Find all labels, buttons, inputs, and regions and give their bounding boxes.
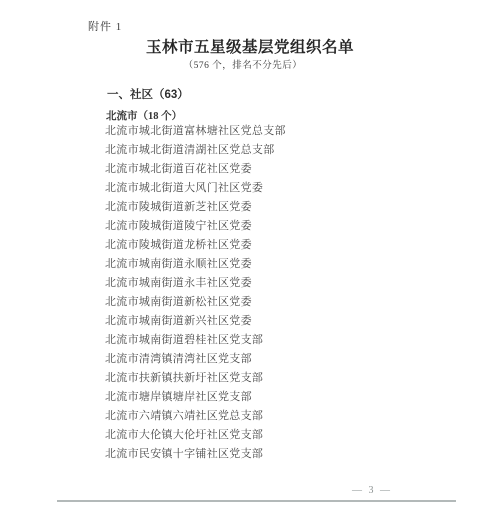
list-item: 北流市大伦镇大伦圩社区党支部 [105,426,425,445]
list-item: 北流市城北街道清湖社区党总支部 [105,141,425,160]
list-item: 北流市六靖镇六靖社区党总支部 [105,407,425,426]
list-item: 北流市塘岸镇塘岸社区党支部 [105,388,425,407]
document-page: 附件 1 玉林市五星级基层党组织名单 （576 个，排名不分先后） 一、社区（6… [0,0,500,508]
list-item: 北流市城南街道碧桂社区党支部 [105,331,425,350]
list-item: 北流市陵城街道龙桥社区党委 [105,236,425,255]
scan-edge-line [57,500,456,502]
list-item: 北流市陵城街道陵宁社区党委 [105,217,425,236]
page-subtitle: （576 个，排名不分先后） [0,57,486,71]
list-item: 北流市清湾镇清湾社区党支部 [105,350,425,369]
list-item: 北流市城南街道永丰社区党委 [105,274,425,293]
list-item: 北流市民安镇十字铺社区党支部 [105,445,425,464]
attachment-label: 附件 1 [88,18,122,34]
list-item: 北流市城北街道大风门社区党委 [105,179,425,198]
page-number: — 3 — [332,485,412,496]
org-list: 北流市城北街道富林塘社区党总支部 北流市城北街道清湖社区党总支部 北流市城北街道… [105,122,425,464]
list-item: 北流市城南街道新兴社区党委 [105,312,425,331]
list-item: 北流市扶新镇扶新圩社区党支部 [105,369,425,388]
list-item: 北流市城南街道永顺社区党委 [105,255,425,274]
subsection-heading-beiliu: 北流市（18 个） [106,108,182,123]
list-item: 北流市城南街道新松社区党委 [105,293,425,312]
list-item: 北流市城北街道百花社区党委 [105,160,425,179]
page-title: 玉林市五星级基层党组织名单 [0,35,500,57]
list-item: 北流市陵城街道新芝社区党委 [105,198,425,217]
list-item: 北流市城北街道富林塘社区党总支部 [105,122,425,141]
section-heading-community: 一、社区（63） [107,86,189,102]
